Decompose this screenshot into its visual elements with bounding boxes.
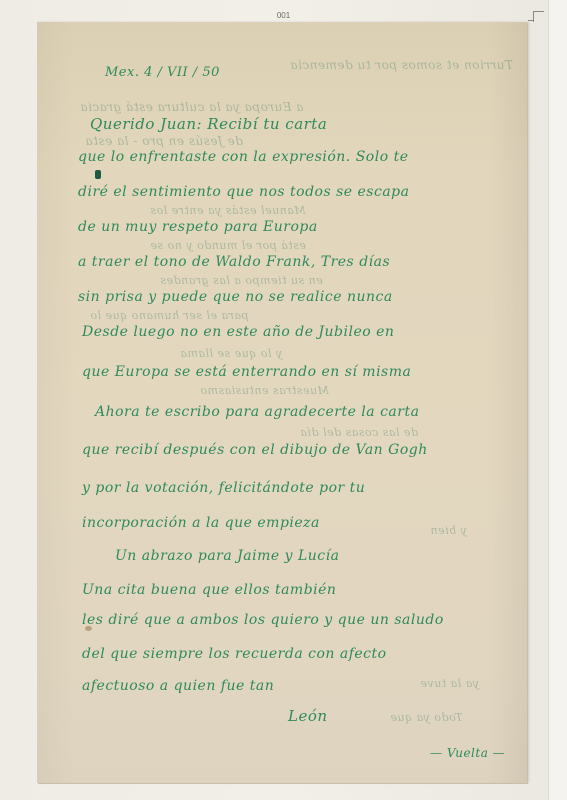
show-through-text: de las cosas del día — [300, 426, 418, 439]
handwritten-line: Una cita buena que ellos también — [82, 582, 336, 598]
handwritten-line: Mex. 4 / VII / 50 — [105, 65, 220, 80]
show-through-text: Manuel estás ya entre los — [150, 204, 306, 217]
page-number: 001 — [0, 11, 567, 20]
handwritten-line: Un abrazo para Jaime y Lucía — [115, 548, 339, 564]
handwritten-line: que recibí después con el dibujo de Van … — [82, 442, 428, 458]
handwritten-line: y por la votación, felicitándote por tu — [82, 480, 365, 496]
handwritten-line: a traer el tono de Waldo Frank, Tres día… — [78, 254, 390, 270]
paper-stain — [85, 626, 92, 631]
handwritten-line: del que siempre los recuerda con afecto — [82, 646, 387, 662]
show-through-text: de Jesús en pro - la esta — [85, 134, 243, 148]
handwritten-line: — Vuelta — — [430, 746, 505, 760]
handwritten-line: diré el sentimiento que nos todos se esc… — [78, 184, 410, 200]
show-through-text: a Europa ya la cultura está gracia — [80, 100, 304, 114]
handwritten-line: sin prisa y puede que no se realice nunc… — [78, 289, 393, 305]
show-through-text: está por el mundo y no se — [150, 239, 306, 252]
show-through-text: en su tiempo a las grandes — [160, 274, 323, 287]
handwritten-line: León — [288, 707, 328, 725]
handwritten-line: Ahora te escribo para agradecerte la car… — [95, 404, 419, 420]
show-through-text: y bien — [430, 524, 467, 537]
handwritten-line: les diré que a ambos los quiero y que un… — [82, 612, 444, 628]
handwritten-line: afectuoso a quien fue tan — [82, 678, 274, 694]
scanner-edge-strip — [548, 0, 567, 800]
ink-blot — [95, 170, 101, 179]
handwritten-line: de un muy respeto para Europa — [78, 219, 318, 235]
handwritten-line: Querido Juan: Recibí tu carta — [90, 115, 327, 133]
handwritten-line: que Europa se está enterrando en sí mism… — [82, 364, 411, 380]
show-through-text: y lo que se llama — [180, 347, 282, 360]
handwritten-line: incorporación a la que empieza — [82, 515, 320, 531]
handwritten-line: que lo enfrentaste con la expresión. Sol… — [78, 149, 409, 165]
show-through-text: para el ser humano que lo — [90, 309, 248, 322]
crop-corner-mark — [533, 11, 544, 22]
show-through-text: Muestras entusiasmo — [200, 384, 329, 397]
show-through-text: ya la tuve — [420, 677, 479, 690]
handwritten-line: Desde luego no en este año de Jubileo en — [82, 324, 394, 340]
show-through-text: Turrion et somos por tu demencia — [290, 58, 513, 72]
show-through-text: Todo ya que — [390, 711, 463, 724]
letter-paper: Turrion et somos por tu demenciaa Europa… — [37, 22, 527, 783]
